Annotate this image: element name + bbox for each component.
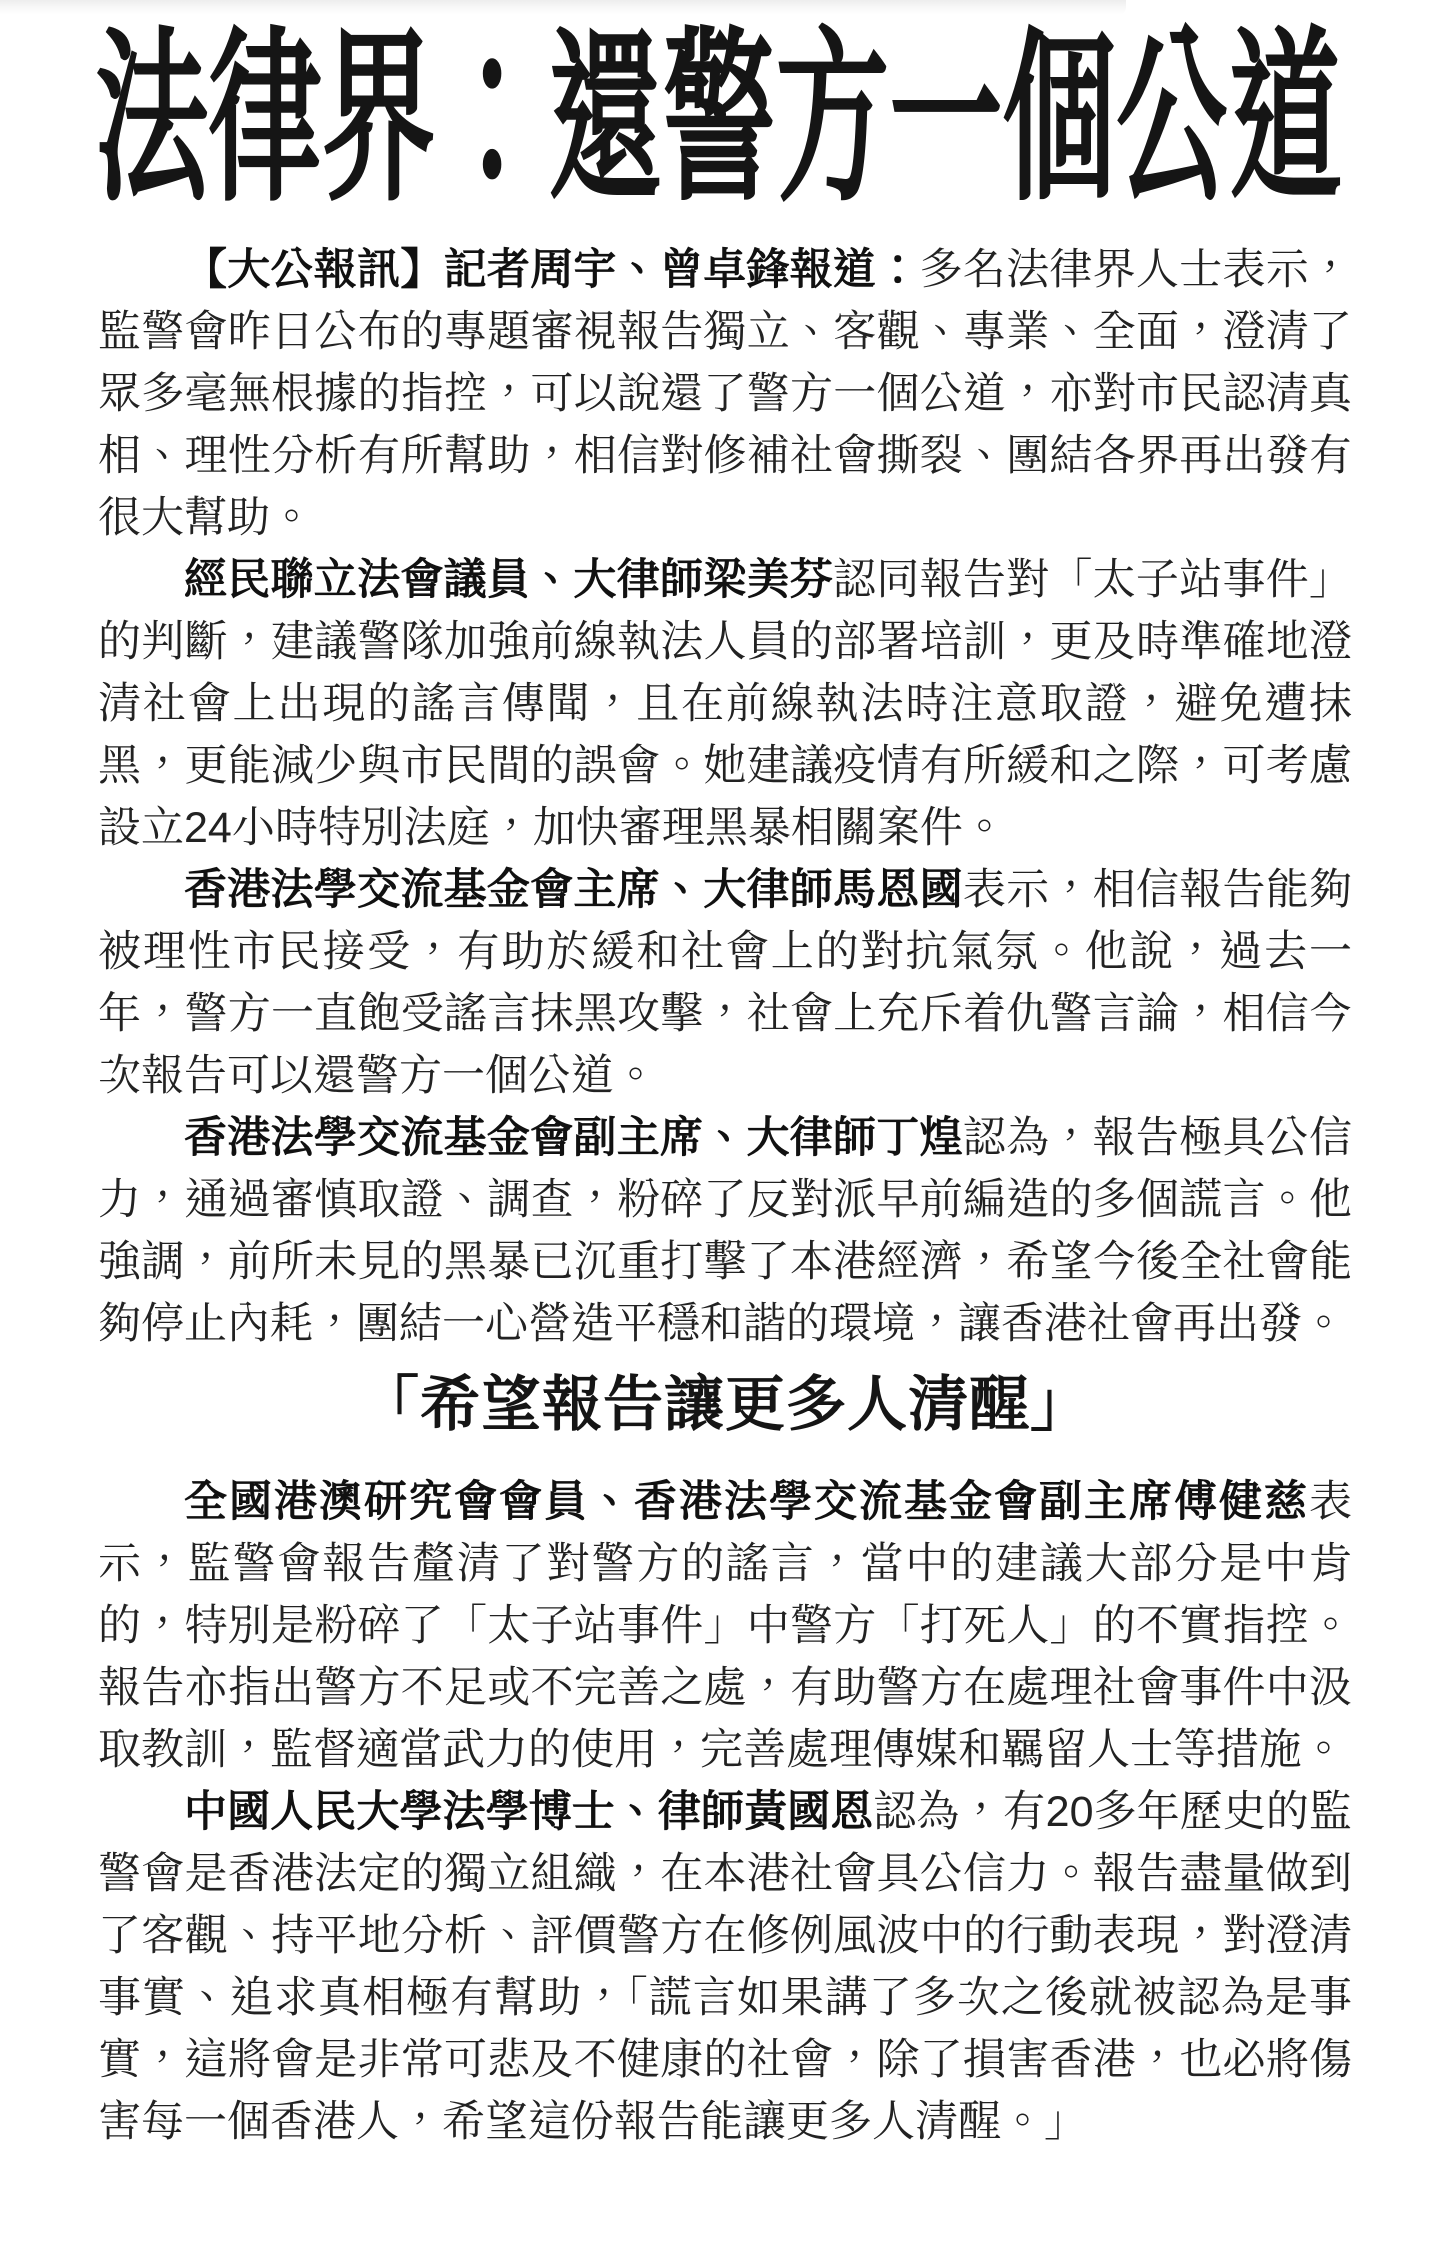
- paragraph-4-lead: 香港法學交流基金會副主席、大律師丁煌: [184, 1114, 963, 1162]
- paragraph-2-lead: 經民聯立法會議員、大律師梁美芬: [184, 556, 833, 604]
- paragraph-6-text: 認為，有20多年歷史的監警會是香港法定的獨立組織，在本港社會具公信力。報告盡量做…: [98, 1788, 1352, 2146]
- paragraph-4: 香港法學交流基金會副主席、大律師丁煌認為，報告極具公信力，通過審慎取證、調查，粉…: [98, 1107, 1352, 1355]
- top-edge-shadow: [0, 0, 1126, 15]
- paragraph-1-lead: 【大公報訊】記者周宇、曾卓鋒報道：: [184, 246, 920, 294]
- paragraph-3: 香港法學交流基金會主席、大律師馬恩國表示，相信報告能夠被理性市民接受，有助於緩和…: [98, 859, 1352, 1107]
- paragraph-5-lead: 全國港澳研究會會員、香港法學交流基金會副主席傅健慈: [184, 1478, 1309, 1526]
- paragraph-6-lead: 中國人民大學法學博士、律師黃國恩: [184, 1788, 873, 1836]
- paragraph-6: 中國人民大學法學博士、律師黃國恩認為，有20多年歷史的監警會是香港法定的獨立組織…: [98, 1781, 1352, 2153]
- article-headline: 法律界：還警方一個公道: [0, 0, 1438, 198]
- paragraph-5: 全國港澳研究會會員、香港法學交流基金會副主席傅健慈表示，監警會報告釐清了對警方的…: [98, 1471, 1352, 1781]
- paragraph-1: 【大公報訊】記者周宇、曾卓鋒報道：多名法律界人士表示，監警會昨日公布的專題審視報…: [98, 239, 1352, 549]
- article-body: 【大公報訊】記者周宇、曾卓鋒報道：多名法律界人士表示，監警會昨日公布的專題審視報…: [98, 239, 1352, 2153]
- article-headline-text: 法律界：還警方一個公道: [95, 21, 1343, 219]
- article-subhead: 「希望報告讓更多人清醒」: [98, 1369, 1352, 1441]
- paragraph-2: 經民聯立法會議員、大律師梁美芬認同報告對「太子站事件」的判斷，建議警隊加強前線執…: [98, 549, 1352, 859]
- paragraph-3-lead: 香港法學交流基金會主席、大律師馬恩國: [184, 866, 963, 914]
- article-page: 法律界：還警方一個公道 【大公報訊】記者周宇、曾卓鋒報道：多名法律界人士表示，監…: [0, 0, 1438, 2259]
